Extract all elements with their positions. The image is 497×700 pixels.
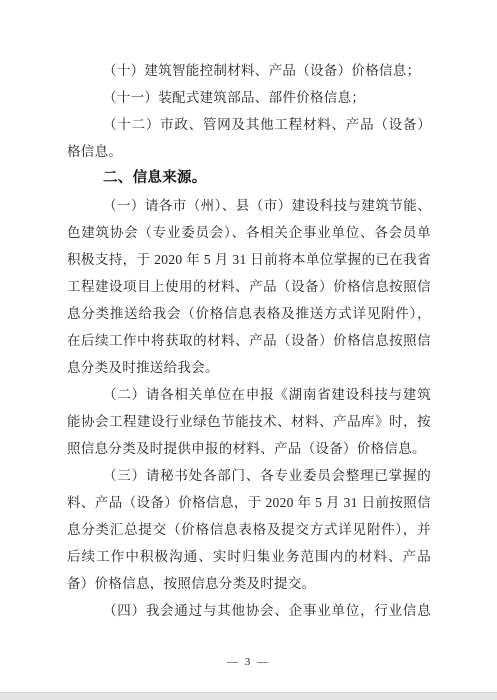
text-line: 在后续工作中将获取的材料、产品（设备）价格信息按照信	[67, 327, 431, 354]
text-line: 色建筑协会（专业委员会）、各相关企事业单位、各会员单位	[67, 219, 431, 246]
text-line: 息分类汇总提交（价格信息表格及提交方式详见附件），并在	[67, 516, 431, 543]
text-line: 照信息分类及时提供申报的材料、产品（设备）价格信息。	[67, 435, 431, 462]
text-line: 格信息。	[67, 138, 431, 165]
text-line: 积极支持，于 2020 年 5 月 31 日前将本单位掌握的已在我省	[67, 246, 431, 273]
text-line: 工程建设项目上使用的材料、产品（设备）价格信息按照信	[67, 273, 431, 300]
text-line: （二）请各相关单位在申报《湖南省建设科技与建筑节	[67, 381, 431, 408]
text-line: （十）建筑智能控制材料、产品（设备）价格信息；	[67, 57, 431, 84]
text-line: 息分类推送给我会（价格信息表格及推送方式详见附件），并	[67, 300, 431, 327]
text-line: 备）价格信息，按照信息分类及时提交。	[67, 570, 431, 597]
document-page: （十）建筑智能控制材料、产品（设备）价格信息； （十一）装配式建筑部品、部件价格…	[0, 0, 497, 700]
text-line: （三）请秘书处各部门、各专业委员会整理已掌握的材	[67, 462, 431, 489]
text-line: 能协会工程建设行业绿色节能技术、材料、产品库》时，按	[67, 408, 431, 435]
text-line: 料、产品（设备）价格信息，于 2020 年 5 月 31 日前按照信	[67, 489, 431, 516]
viewer-background-strip	[0, 692, 497, 700]
text-line: （十一）装配式建筑部品、部件价格信息；	[67, 84, 431, 111]
document-body: （十）建筑智能控制材料、产品（设备）价格信息； （十一）装配式建筑部品、部件价格…	[67, 57, 431, 624]
page-number: — 3 —	[0, 652, 497, 672]
text-line: 息分类及时推送给我会。	[67, 354, 431, 381]
section-heading: 二、信息来源。	[67, 165, 431, 192]
text-line: （四）我会通过与其他协会、企事业单位，行业信息平	[67, 597, 431, 624]
text-line: 后续工作中积极沟通、实时归集业务范围内的材料、产品（设	[67, 543, 431, 570]
text-line: （一）请各市（州）、县（市）建设科技与建筑节能、绿	[67, 192, 431, 219]
text-line: （十二）市政、管网及其他工程材料、产品（设备）价	[67, 111, 431, 138]
